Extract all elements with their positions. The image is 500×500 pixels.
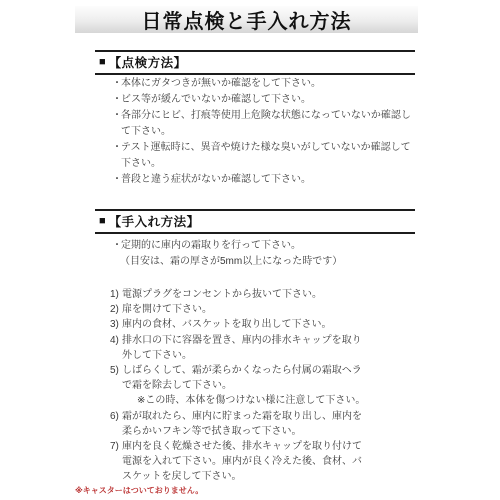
list-item: ・ ビス等が緩んでいないか確認して下さい。 [112, 92, 417, 108]
step-number: 4) [110, 333, 122, 363]
list-item: ・ 普段と違う症状がないか確認して下さい。 [112, 172, 417, 188]
bullet-text: 本体にガタつきが無いか確認をして下さい。 [121, 76, 417, 92]
step-item: 3) 庫内の食材、バスケットを取り出して下さい。 [110, 317, 368, 332]
step-text: 庫内の食材、バスケットを取り出して下さい。 [122, 317, 368, 332]
step-number: 7) [110, 439, 122, 485]
bullet-dot-icon: ・ [112, 140, 121, 172]
section-title-inspection: 【点検方法】 [109, 53, 187, 71]
care-intro-note: （目安は、霜の厚さが5mm以上になった時です） [112, 254, 417, 270]
step-number: 2) [110, 302, 122, 317]
section-title-care: 【手入れ方法】 [109, 212, 200, 230]
list-item: ・ 本体にガタつきが無いか確認をして下さい。 [112, 76, 417, 92]
step-text: 電源プラグをコンセントから抜いて下さい。 [122, 287, 368, 302]
black-square-icon: ■ [99, 214, 106, 228]
page-title: 日常点検と手入れ方法 [142, 5, 352, 34]
list-item: ・ 各部分にヒビ、打痕等使用上危険な状態になっていないか確認して下さい。 [112, 108, 417, 140]
step-number: 1) [110, 287, 122, 302]
step-text: しばらくして、霜が柔らかくなったら付属の霜取ヘラで霜を除去して下さい。 [122, 363, 368, 393]
section-heading-care: ■ 【手入れ方法】 [95, 209, 415, 234]
inspection-bullet-list: ・ 本体にガタつきが無いか確認をして下さい。 ・ ビス等が緩んでいないか確認して… [112, 76, 417, 188]
list-item: ・ 定期的に庫内の霜取りを行って下さい。 [112, 238, 417, 254]
step-text: 排水口の下に容器を置き、庫内の排水キャップを取り外して下さい。 [122, 333, 368, 363]
bullet-text: 普段と違う症状がないか確認して下さい。 [121, 172, 417, 188]
bullet-text: 各部分にヒビ、打痕等使用上危険な状態になっていないか確認して下さい。 [121, 108, 417, 140]
step-number: 5) [110, 363, 122, 393]
manual-page: 日常点検と手入れ方法 ■ 【点検方法】 ・ 本体にガタつきが無いか確認をして下さ… [0, 0, 500, 500]
step-text: 扉を開けて下さい。 [122, 302, 368, 317]
black-square-icon: ■ [99, 55, 106, 69]
care-step-list: 1) 電源プラグをコンセントから抜いて下さい。 2) 扉を開けて下さい。 3) … [110, 287, 368, 485]
bullet-dot-icon: ・ [112, 92, 121, 108]
care-intro: ・ 定期的に庫内の霜取りを行って下さい。 （目安は、霜の厚さが5mm以上になった… [112, 238, 417, 270]
bullet-dot-icon: ・ [112, 108, 121, 140]
step-item: 7) 庫内を良く乾燥させた後、排水キャップを取り付けて電源を入れて下さい。庫内が… [110, 439, 368, 485]
bullet-dot-icon: ・ [112, 172, 121, 188]
section-heading-inspection: ■ 【点検方法】 [95, 50, 415, 75]
bullet-dot-icon: ・ [112, 238, 121, 254]
step-text: 庫内を良く乾燥させた後、排水キャップを取り付けて電源を入れて下さい。庫内が良く冷… [122, 439, 368, 485]
bullet-text: テスト運転時に、異音や焼けた様な臭いがしていないか確認して下さい。 [121, 140, 417, 172]
caster-disclaimer-note: ※キャスターはついておりません。 [75, 485, 203, 496]
step-number: 6) [110, 409, 122, 439]
step-item: 1) 電源プラグをコンセントから抜いて下さい。 [110, 287, 368, 302]
step-text: 霜が取れたら、庫内に貯まった霜を取り出し、庫内を柔らかいフキン等で拭き取って下さ… [122, 409, 368, 439]
step-item: 4) 排水口の下に容器を置き、庫内の排水キャップを取り外して下さい。 [110, 333, 368, 363]
list-item: ・ テスト運転時に、異音や焼けた様な臭いがしていないか確認して下さい。 [112, 140, 417, 172]
step-item: 6) 霜が取れたら、庫内に貯まった霜を取り出し、庫内を柔らかいフキン等で拭き取っ… [110, 409, 368, 439]
step-number: 3) [110, 317, 122, 332]
document-title-bar: 日常点検と手入れ方法 [75, 6, 418, 33]
bullet-text: ビス等が緩んでいないか確認して下さい。 [121, 92, 417, 108]
bullet-dot-icon: ・ [112, 76, 121, 92]
step-item: 5) しばらくして、霜が柔らかくなったら付属の霜取ヘラで霜を除去して下さい。 [110, 363, 368, 393]
step-caution-note: ※この時、本体を傷つけない様に注意して下さい。 [110, 393, 368, 408]
bullet-text: 定期的に庫内の霜取りを行って下さい。 [121, 238, 417, 254]
step-item: 2) 扉を開けて下さい。 [110, 302, 368, 317]
